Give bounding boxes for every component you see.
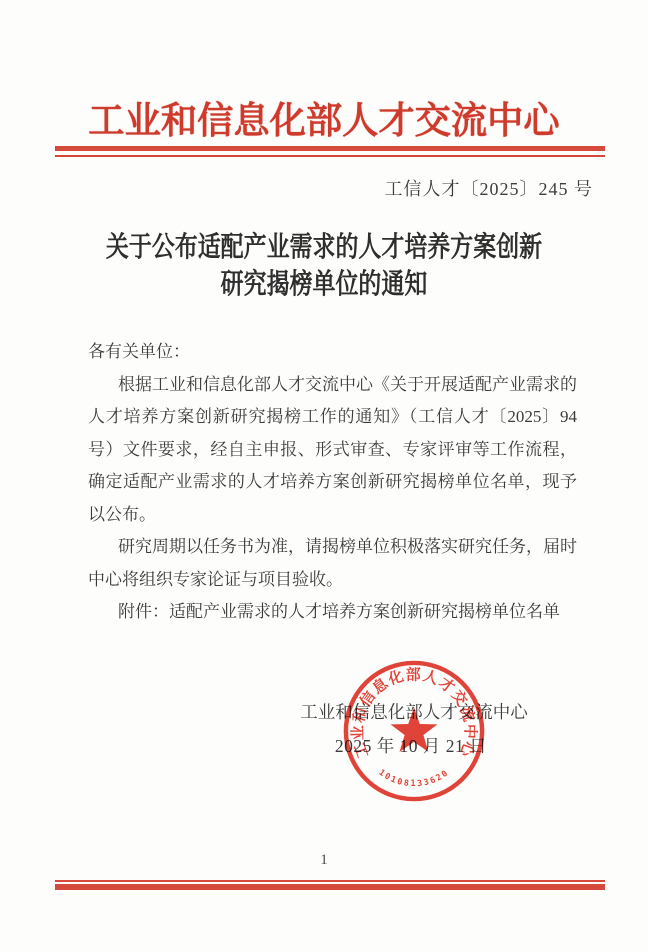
header-rule-thin [55, 155, 605, 157]
footer-rule-thick [55, 884, 605, 890]
seal-star-icon [391, 707, 438, 752]
notice-body: 各有关单位： 根据工业和信息化部人才交流中心《关于开展适配产业需求的人才培养方案… [88, 336, 577, 629]
footer-rule-thin [55, 880, 605, 882]
header-org-title: 工业和信息化部人才交流中心 [6, 90, 641, 144]
paragraph-1: 根据工业和信息化部人才交流中心《关于开展适配产业需求的人才培养方案创新研究揭榜工… [88, 369, 577, 532]
footer-double-rule [55, 880, 605, 890]
official-seal: 工业和信息化部人才交流中心 1101081336207 [340, 656, 488, 806]
page-number: 1 [0, 852, 648, 869]
header-double-rule [55, 146, 605, 157]
document-page: 工业和信息化部人才交流中心 工信人才〔2025〕245 号 关于公布适配产业需求… [0, 0, 648, 952]
attachment-line: 附件：适配产业需求的人才培养方案创新研究揭榜单位名单 [88, 596, 577, 629]
doc-number: 工信人才〔2025〕245 号 [385, 175, 594, 201]
header-rule-thick [55, 146, 605, 151]
notice-title: 关于公布适配产业需求的人才培养方案创新 研究揭榜单位的通知 [58, 229, 589, 303]
notice-title-line2: 研究揭榜单位的通知 [58, 266, 589, 303]
paragraph-2: 研究周期以任务书为准，请揭榜单位积极落实研究任务，届时中心将组织专家论证与项目验… [88, 531, 577, 596]
notice-title-line1: 关于公布适配产业需求的人才培养方案创新 [58, 229, 589, 266]
salutation: 各有关单位： [88, 336, 577, 369]
